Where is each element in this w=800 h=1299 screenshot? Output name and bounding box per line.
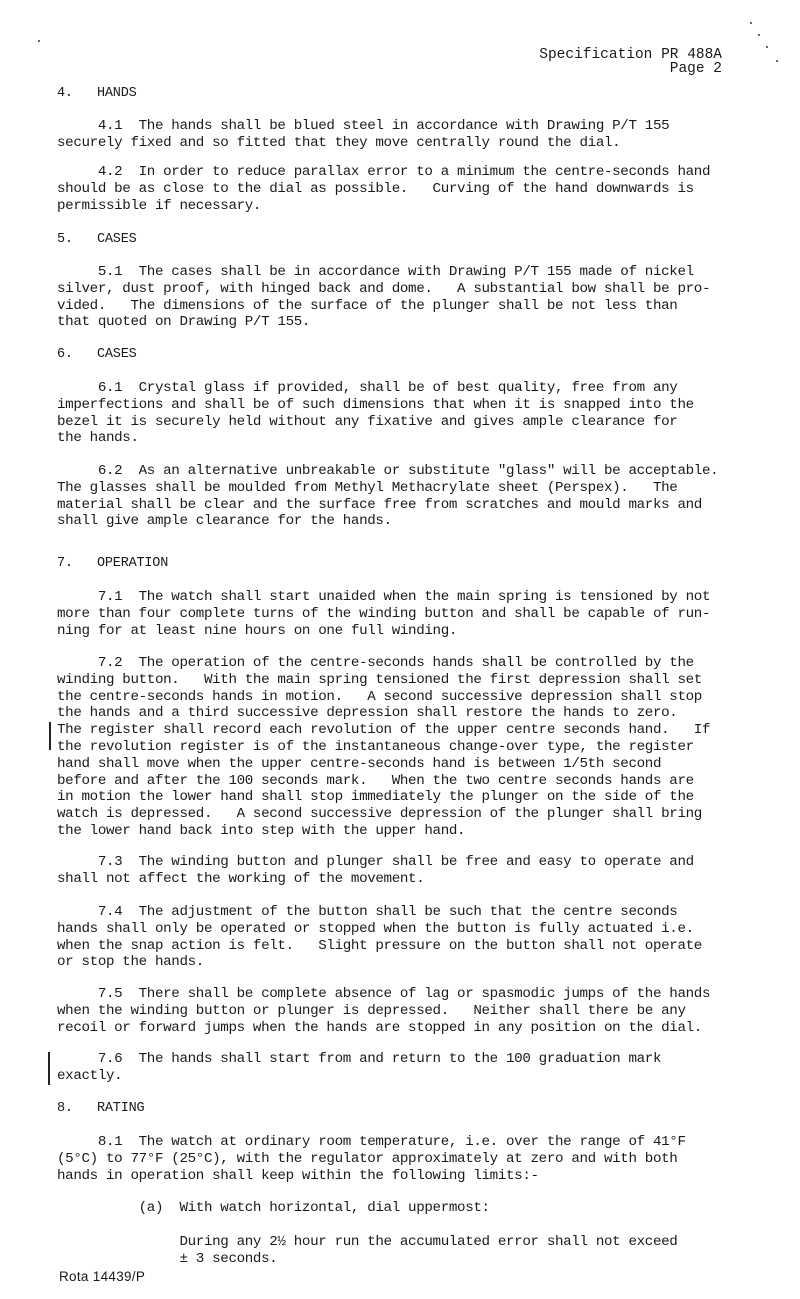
paragraph-7-5: 7.5 There shall be complete absence of l…: [57, 986, 737, 1036]
paragraph-7-4: 7.4 The adjustment of the button shall b…: [57, 904, 737, 971]
paragraph-4-1: 4.1 The hands shall be blued steel in ac…: [57, 118, 737, 152]
paragraph-7-3: 7.3 The winding button and plunger shall…: [57, 854, 737, 888]
document-reference: Rota 14439/P: [59, 1269, 145, 1284]
specification-number: Specification PR 488A: [539, 48, 722, 62]
section-heading-6: 6.CASES: [57, 347, 137, 362]
scan-speck: [766, 46, 768, 48]
scan-speck: [38, 40, 40, 42]
paragraph-8-1-a-limit: During any 2½ hour run the accumulated e…: [57, 1234, 737, 1268]
paragraph-7-6: 7.6 The hands shall start from and retur…: [57, 1051, 737, 1085]
section-heading-8: 8.RATING: [57, 1101, 144, 1116]
document-header: Specification PR 488A Page 2: [539, 48, 722, 76]
paragraph-6-1: 6.1 Crystal glass if provided, shall be …: [57, 380, 737, 447]
paragraph-5-1: 5.1 The cases shall be in accordance wit…: [57, 264, 737, 331]
paragraph-4-2: 4.2 In order to reduce parallax error to…: [57, 164, 737, 214]
section-heading-7: 7.OPERATION: [57, 556, 168, 571]
paragraph-7-2: 7.2 The operation of the centre-seconds …: [57, 655, 737, 840]
scan-speck: [776, 60, 778, 62]
paragraph-7-1: 7.1 The watch shall start unaided when t…: [57, 589, 737, 639]
section-heading-4: 4.HANDS: [57, 86, 137, 101]
page-number: Page 2: [539, 62, 722, 76]
paragraph-6-2: 6.2 As an alternative unbreakable or sub…: [57, 463, 737, 530]
revision-change-bar: [48, 1052, 50, 1085]
scan-speck: [758, 34, 760, 36]
paragraph-8-1-a: (a) With watch horizontal, dial uppermos…: [57, 1200, 737, 1217]
section-heading-5: 5.CASES: [57, 232, 137, 247]
scan-speck: [750, 22, 752, 24]
document-page: Specification PR 488A Page 2 4.HANDS 4.1…: [0, 0, 800, 1299]
revision-change-bar: [49, 722, 51, 750]
paragraph-8-1: 8.1 The watch at ordinary room temperatu…: [57, 1134, 737, 1184]
